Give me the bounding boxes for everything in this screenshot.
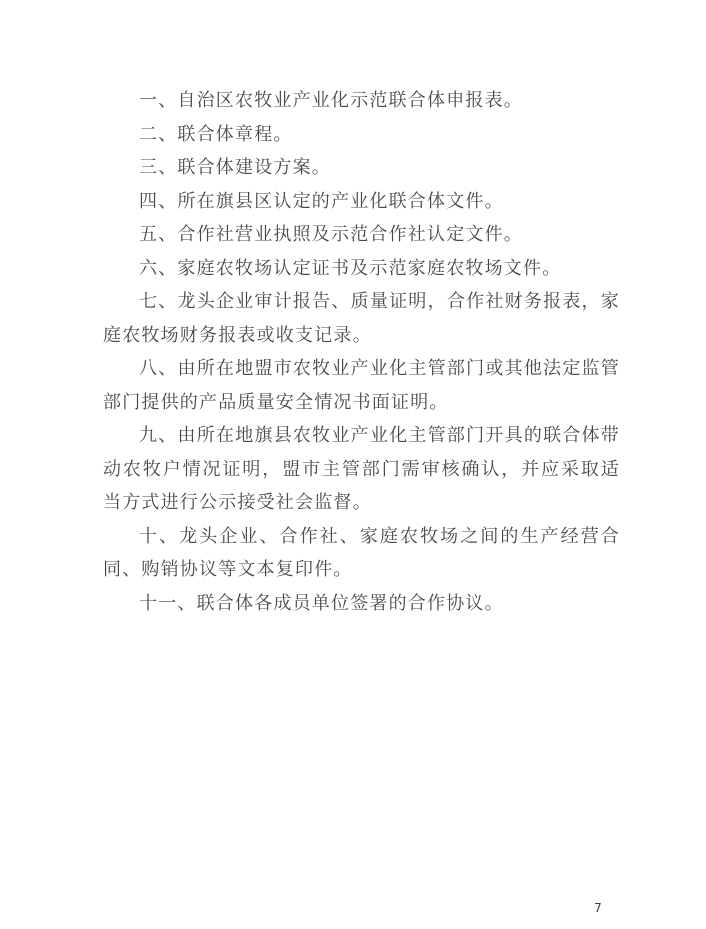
list-item-1: 一、自治区农牧业产业化示范联合体申报表。 xyxy=(103,84,620,118)
list-item-7: 七、龙头企业审计报告、质量证明，合作社财务报表，家庭农牧场财务报表或收支记录。 xyxy=(103,285,620,352)
list-item-4: 四、所在旗县区认定的产业化联合体文件。 xyxy=(103,185,620,219)
document-page: 一、自治区农牧业产业化示范联合体申报表。 二、联合体章程。 三、联合体建设方案。… xyxy=(0,0,706,929)
list-item-3: 三、联合体建设方案。 xyxy=(103,151,620,185)
list-item-8: 八、由所在地盟市农牧业产业化主管部门或其他法定监管部门提供的产品质量安全情况书面… xyxy=(103,352,620,419)
list-item-11: 十一、联合体各成员单位签署的合作协议。 xyxy=(103,587,620,621)
list-item-2: 二、联合体章程。 xyxy=(103,118,620,152)
list-item-6: 六、家庭农牧场认定证书及示范家庭农牧场文件。 xyxy=(103,252,620,286)
list-item-5: 五、合作社营业执照及示范合作社认定文件。 xyxy=(103,218,620,252)
list-item-10: 十、龙头企业、合作社、家庭农牧场之间的生产经营合同、购销协议等文本复印件。 xyxy=(103,520,620,587)
list-item-9: 九、由所在地旗县农牧业产业化主管部门开具的联合体带动农牧户情况证明，盟市主管部门… xyxy=(103,419,620,520)
page-number: 7 xyxy=(588,901,608,915)
document-body: 一、自治区农牧业产业化示范联合体申报表。 二、联合体章程。 三、联合体建设方案。… xyxy=(103,84,620,620)
